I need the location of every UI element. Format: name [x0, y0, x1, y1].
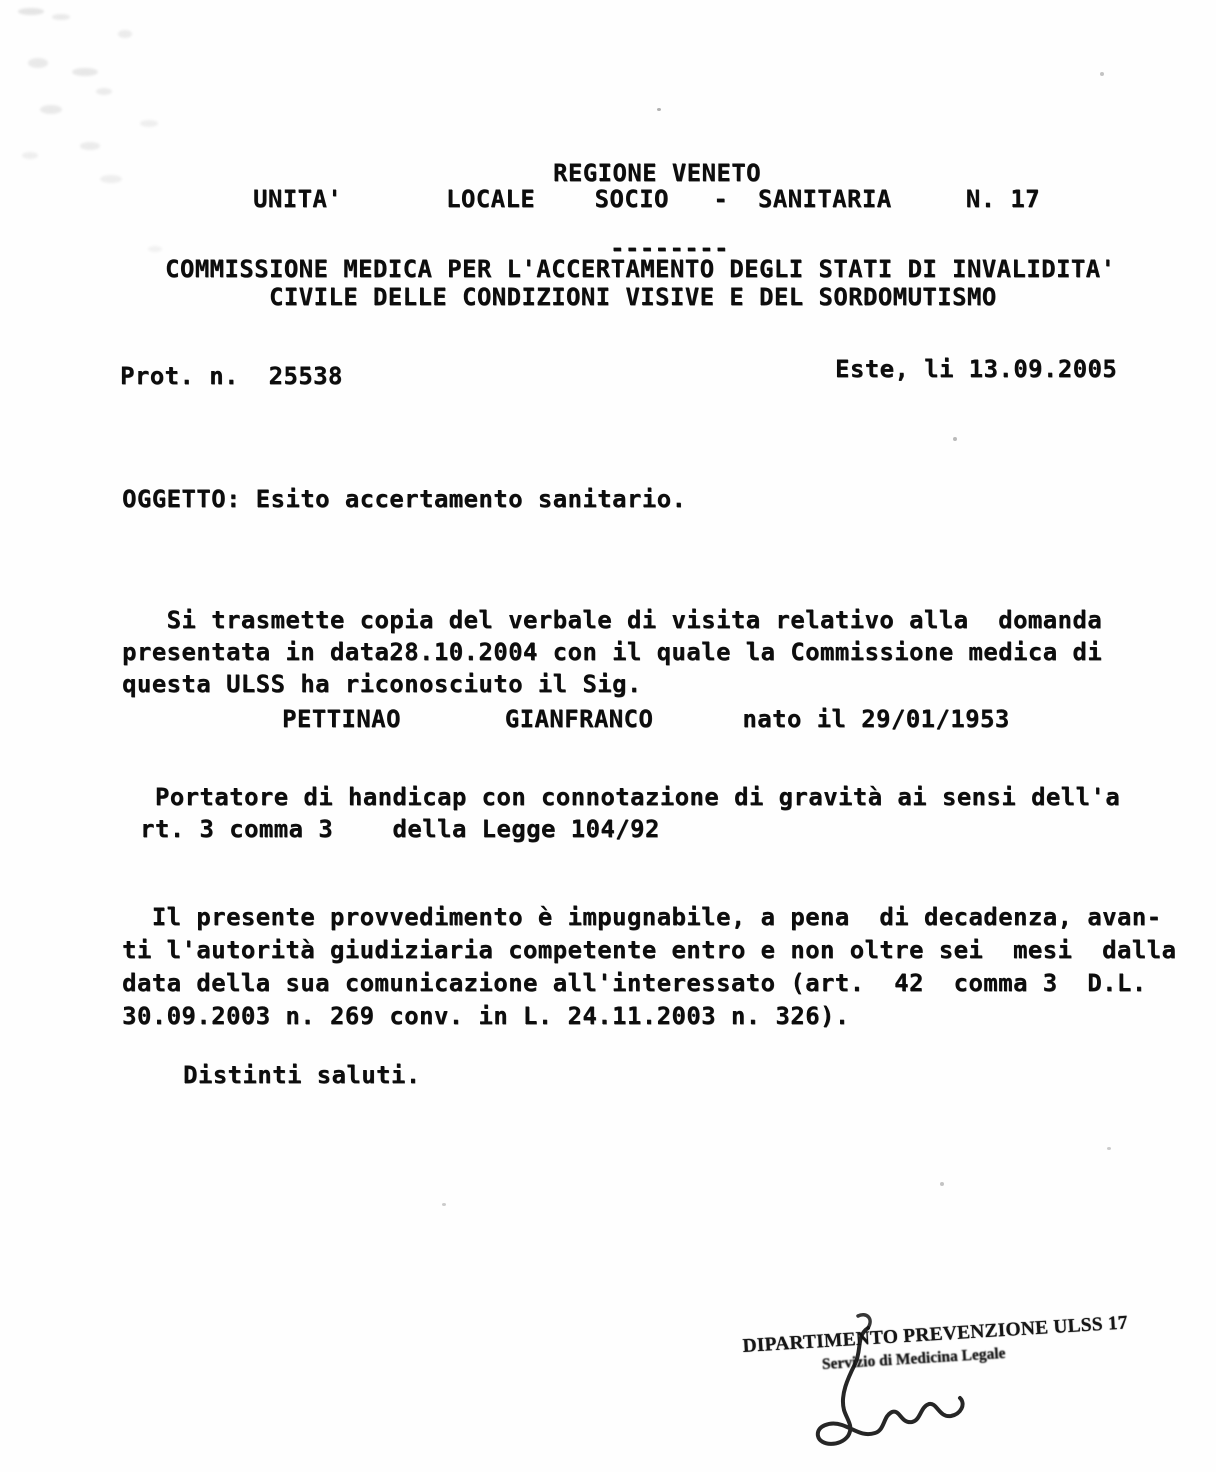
scanned-letter-page: REGIONE VENETO UNITA' LOCALE SOCIO - SAN…: [0, 0, 1216, 1472]
subject-line: OGGETTO: Esito accertamento sanitario.: [122, 483, 686, 516]
scan-speck: [953, 437, 957, 441]
body-paragraph-transmittal: Si trasmette copia del verbale di visita…: [122, 604, 1102, 700]
scan-smudge: [148, 246, 162, 252]
scan-smudge: [118, 30, 132, 38]
scan-smudge: [18, 8, 44, 15]
scan-smudge: [28, 58, 48, 68]
scan-speck: [657, 108, 661, 111]
place-and-date: Este, li 13.09.2005: [835, 353, 1117, 386]
scan-smudge: [140, 120, 158, 127]
letterhead-commission-lines: COMMISSIONE MEDICA PER L'ACCERTAMENTO DE…: [165, 255, 1115, 311]
scan-smudge: [40, 105, 62, 114]
scan-speck: [940, 1182, 944, 1186]
scan-speck: [1100, 72, 1104, 76]
scan-smudge: [100, 175, 122, 183]
scan-smudge: [22, 152, 38, 159]
body-paragraph-handicap-recognition: Portatore di handicap con connotazione d…: [140, 781, 1120, 845]
scan-smudge: [96, 88, 112, 95]
body-paragraph-appeal-notice: Il presente provvedimento è impugnabile,…: [122, 901, 1176, 1033]
scan-smudge: [72, 68, 98, 76]
scan-smudge: [52, 14, 70, 20]
protocol-number: Prot. n. 25538: [120, 360, 343, 393]
letterhead-unit-line: UNITA' LOCALE SOCIO - SANITARIA N. 17: [253, 183, 1040, 216]
person-name-and-birthdate: PETTINAO GIANFRANCO nato il 29/01/1953: [282, 703, 1010, 736]
scan-smudge: [80, 142, 100, 150]
scan-speck: [1107, 1147, 1111, 1150]
closing-salutation: Distinti saluti.: [183, 1059, 421, 1092]
scan-speck: [442, 1203, 446, 1206]
department-stamp: DIPARTIMENTO PREVENZIONE ULSS 17 Servizi…: [742, 1315, 1084, 1379]
